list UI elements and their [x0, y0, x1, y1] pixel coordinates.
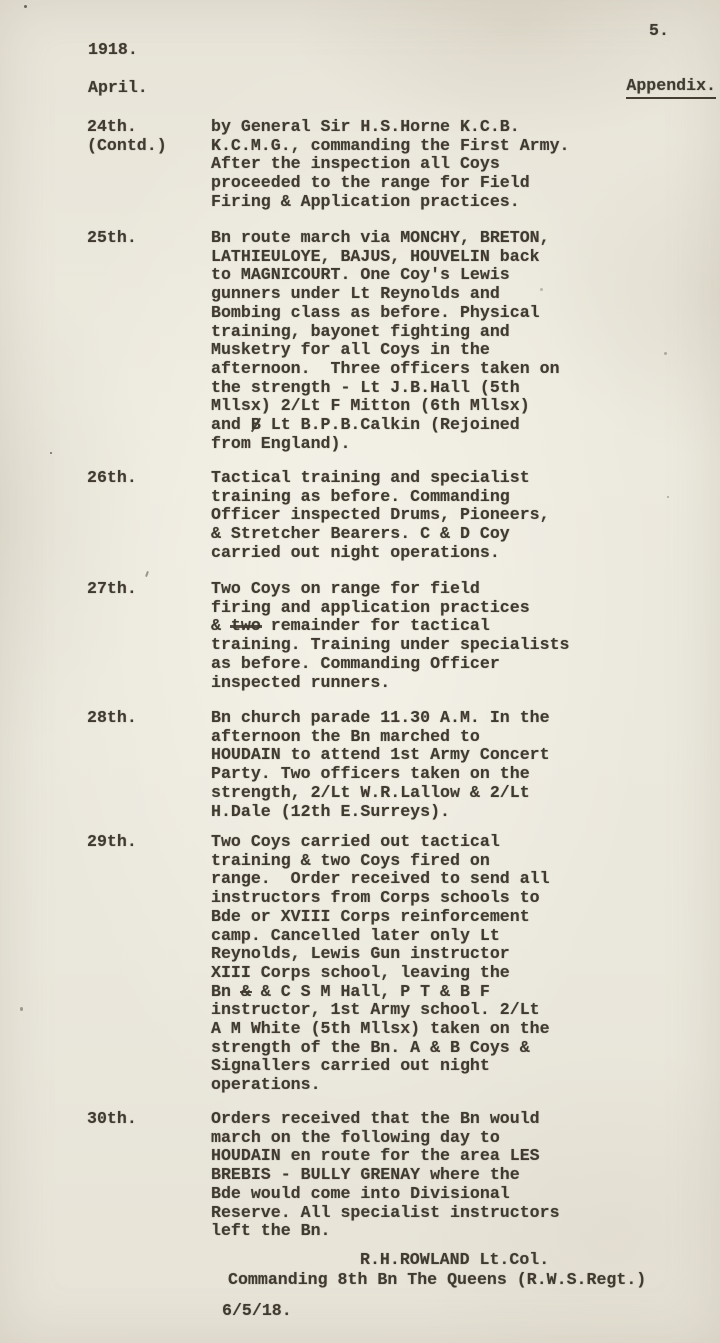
entry-text-line: instructor, 1st Army school. 2/Lt [211, 1001, 720, 1020]
entry-text-line: LATHIEULOYE, BAJUS, HOUVELIN back [211, 248, 720, 267]
paper-speck [24, 5, 27, 8]
entry-text-line: & Stretcher Bearers. C & D Coy [211, 525, 720, 544]
entry-text: Bn church parade 11.30 A.M. In theaftern… [211, 709, 720, 821]
entry-text-line: Party. Two officers taken on the [211, 765, 720, 784]
diary-entry-26th: 26th.Tactical training and specialisttra… [87, 469, 720, 563]
entry-text-line: Mllsx) 2/Lt F Mitton (6th Mllsx) [211, 397, 720, 416]
entry-text: by General Sir H.S.Horne K.C.B.K.C.M.G.,… [211, 118, 720, 212]
entry-date-line: (Contd.) [87, 137, 211, 156]
entry-date: 28th. [87, 709, 211, 728]
paper-speck [50, 452, 52, 454]
entry-date-line: 27th. [87, 580, 211, 599]
entry-date: 25th. [87, 229, 211, 248]
diary-entry-29th: 29th.Two Coys carried out tacticaltraini… [87, 833, 720, 1095]
entry-text-line: camp. Cancelled later only Lt [211, 927, 720, 946]
entry-text-line: Bde or XVIII Corps reinforcement [211, 908, 720, 927]
diary-entry-25th: 25th.Bn route march via MONCHY, BRETON,L… [87, 229, 720, 453]
entry-text-line: Signallers carried out night [211, 1057, 720, 1076]
entry-text-line: Tactical training and specialist [211, 469, 720, 488]
entry-text-line: Reserve. All specialist instructors [211, 1204, 720, 1223]
entry-date-line: 28th. [87, 709, 211, 728]
entry-text: Tactical training and specialisttraining… [211, 469, 720, 563]
entry-text-line: Firing & Application practices. [211, 193, 720, 212]
entry-text-line: HOUDAIN to attend 1st Army Concert [211, 746, 720, 765]
entry-date: 24th.(Contd.) [87, 118, 211, 155]
entry-text-line: Reynolds, Lewis Gun instructor [211, 945, 720, 964]
entry-date: 30th. [87, 1110, 211, 1129]
entry-text-line: K.C.M.G., commanding the First Army. [211, 137, 720, 156]
entry-text-line: & two remainder for tactical [211, 617, 720, 636]
page-number: 5. [649, 22, 669, 41]
entry-text-line: Officer inspected Drums, Pioneers, [211, 506, 720, 525]
appendix-label: Appendix. [626, 77, 716, 99]
entry-text-line: afternoon the Bn marched to [211, 728, 720, 747]
entry-text-line: Musketry for all Coys in the [211, 341, 720, 360]
struck-character: B [251, 416, 261, 435]
entry-text-line: firing and application practices [211, 599, 720, 618]
entry-date: 26th. [87, 469, 211, 488]
entry-text-line: left the Bn. [211, 1222, 720, 1241]
entry-text-line: march on the following day to [211, 1129, 720, 1148]
entry-text-line: as before. Commanding Officer [211, 655, 720, 674]
signature-name: R.H.ROWLAND Lt.Col. [360, 1251, 549, 1270]
entry-date-line: 29th. [87, 833, 211, 852]
entry-text-line: training as before. Commanding [211, 488, 720, 507]
diary-entry-30th: 30th.Orders received that the Bn wouldma… [87, 1110, 720, 1241]
entry-text-line: carried out night operations. [211, 544, 720, 563]
diary-entry-28th: 28th.Bn church parade 11.30 A.M. In thea… [87, 709, 720, 821]
entry-date-line: 30th. [87, 1110, 211, 1129]
entry-text-line: by General Sir H.S.Horne K.C.B. [211, 118, 720, 137]
entry-text-line: Bn & & C S M Hall, P T & B F [211, 983, 720, 1002]
entry-text-line: H.Dale (12th E.Surreys). [211, 803, 720, 822]
paper-speck [145, 571, 149, 577]
year-heading: 1918. [88, 41, 138, 60]
entry-date: 27th. [87, 580, 211, 599]
entry-text-line: strength, 2/Lt W.R.Lallow & 2/Lt [211, 784, 720, 803]
paper-speck [20, 1007, 23, 1011]
entry-date-line: 25th. [87, 229, 211, 248]
entry-text-line: training. Training under specialists [211, 636, 720, 655]
entry-text-line: Orders received that the Bn would [211, 1110, 720, 1129]
entry-text-line: operations. [211, 1076, 720, 1095]
entry-date-line: 26th. [87, 469, 211, 488]
month-heading: April. [88, 79, 148, 98]
entry-text-line: strength of the Bn. A & B Coys & [211, 1039, 720, 1058]
entry-text-line: inspected runners. [211, 674, 720, 693]
entry-text-line: proceeded to the range for Field [211, 174, 720, 193]
entry-date-line: 24th. [87, 118, 211, 137]
entry-text-line: Bombing class as before. Physical [211, 304, 720, 323]
signature-date: 6/5/18. [222, 1302, 292, 1321]
entry-text-line: After the inspection all Coys [211, 155, 720, 174]
struck-text: & [241, 983, 251, 1002]
paper-speck [667, 496, 669, 498]
entry-text-line: Two Coys carried out tactical [211, 833, 720, 852]
paper-speck [540, 288, 543, 291]
entry-text: Orders received that the Bn wouldmarch o… [211, 1110, 720, 1241]
entry-text: Two Coys on range for fieldfiring and ap… [211, 580, 720, 692]
entry-text-line: to MAGNICOURT. One Coy's Lewis [211, 266, 720, 285]
entry-text: Bn route march via MONCHY, BRETON,LATHIE… [211, 229, 720, 453]
entry-text-line: gunners under Lt Reynolds and [211, 285, 720, 304]
entry-text-line: range. Order received to send all [211, 870, 720, 889]
signature-title: Commanding 8th Bn The Queens (R.W.S.Regt… [228, 1271, 646, 1290]
entry-text-line: Bde would come into Divisional [211, 1185, 720, 1204]
diary-entry-24th: 24th.(Contd.)by General Sir H.S.Horne K.… [87, 118, 720, 212]
entry-text-line: afternoon. Three officers taken on [211, 360, 720, 379]
entry-text-line: XIII Corps school, leaving the [211, 964, 720, 983]
entry-text-line: and B Lt B.P.B.Calkin (Rejoined [211, 416, 720, 435]
entry-text-line: instructors from Corps schools to [211, 889, 720, 908]
entry-text-line: BREBIS - BULLY GRENAY where the [211, 1166, 720, 1185]
entry-text-line: HOUDAIN en route for the area LES [211, 1147, 720, 1166]
diary-entry-27th: 27th.Two Coys on range for fieldfiring a… [87, 580, 720, 692]
entry-text-line: training, bayonet fighting and [211, 323, 720, 342]
entry-text-line: Bn church parade 11.30 A.M. In the [211, 709, 720, 728]
struck-text: two [231, 617, 261, 636]
entry-text-line: Bn route march via MONCHY, BRETON, [211, 229, 720, 248]
entry-date: 29th. [87, 833, 211, 852]
entry-text-line: the strength - Lt J.B.Hall (5th [211, 379, 720, 398]
document-page: 5. 1918. April. Appendix. 24th.(Contd.)b… [0, 0, 720, 1343]
paper-speck [664, 352, 667, 355]
entry-text-line: Two Coys on range for field [211, 580, 720, 599]
entry-text-line: training & two Coys fired on [211, 852, 720, 871]
entry-text-line: A M White (5th Mllsx) taken on the [211, 1020, 720, 1039]
entry-text-line: from England). [211, 435, 720, 454]
entry-text: Two Coys carried out tacticaltraining & … [211, 833, 720, 1095]
